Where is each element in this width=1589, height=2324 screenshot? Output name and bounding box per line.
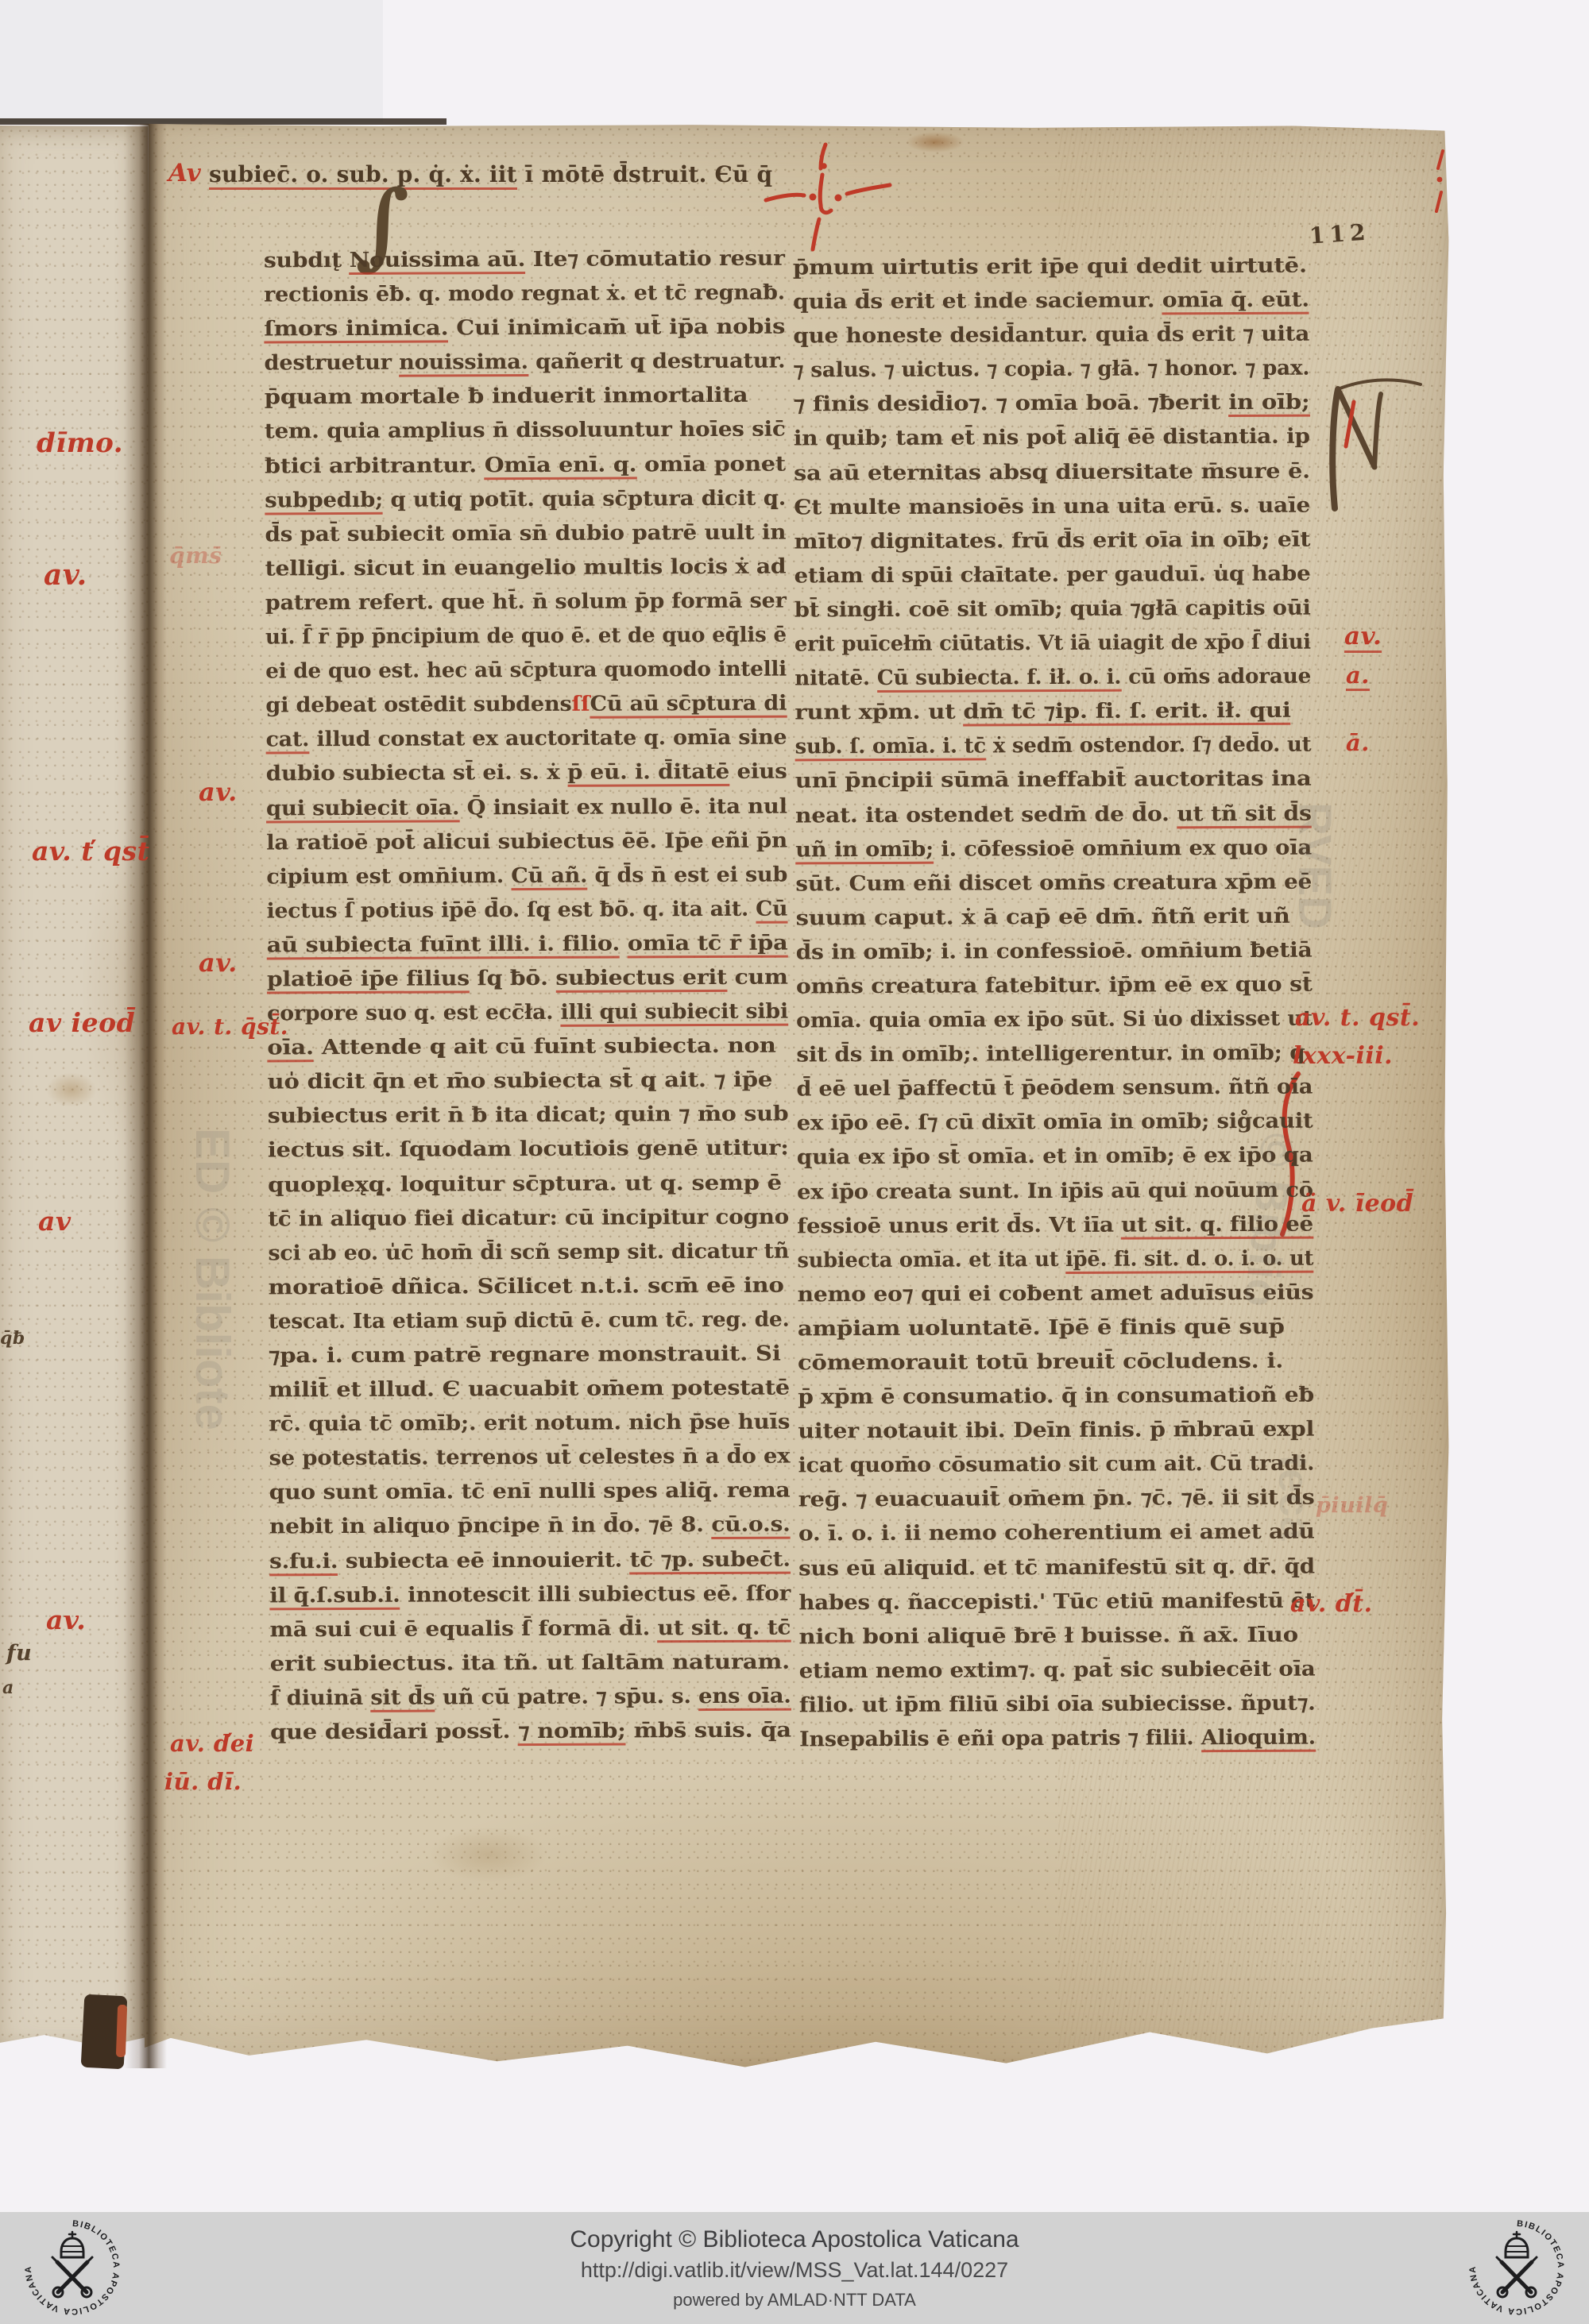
manuscript-line: subiecta omīa. et ita ut ip̄ē. fi. sit. …	[797, 1241, 1321, 1278]
margin-note: a	[2, 1677, 14, 1698]
manuscript-line: nich boni aliquē ƀrē ł buisse. ñ ax̄. Iī…	[798, 1618, 1323, 1654]
manuscript-line: ſmors inimica. Cui inimicam̄ ut̄ ip̄a no…	[264, 311, 788, 347]
manuscript-line: quia ex ip̄o st̄ omīa. et in omīb; ē ex …	[797, 1139, 1321, 1176]
manuscript-line: icat quom̄o cōsumatio sit cum ait. Cū tr…	[798, 1447, 1322, 1484]
margin-note: dı̄mo.	[37, 427, 123, 459]
manuscript-line: qui subiecit oīa. Q̄ insiait ex nullo ē.…	[266, 789, 791, 826]
margin-note: av.	[199, 777, 238, 807]
margin-note: av.	[199, 948, 238, 978]
manuscript-line: oīa. Attende q̨ ait cū fuīnt subiecta. n…	[267, 1029, 791, 1066]
manuscript-line: o. ī. o. i. ii nemo coherentium ei amet …	[798, 1515, 1323, 1552]
margin-note: p̄iuilq̄	[1316, 1493, 1388, 1518]
footer-band: Copyright © Biblioteca Apostolica Vatica…	[0, 2212, 1589, 2324]
text-column-2: p̄mum uirtutis erit ip̄e qui dedit uirtu…	[793, 249, 1324, 1758]
manuscript-line: la ratioē pot̄ alicui subiectus ēē. Ip̄e…	[266, 824, 791, 860]
manuscript-line: ex ip̄o creata sunt. In ip̄is aū qui noū…	[797, 1173, 1321, 1210]
manuscript-line: ƀtici arbitrantur. Omīa enī. q. omīa pon…	[265, 447, 789, 484]
manuscript-line: uñ in omīb; i. cōfessioē omn̄ium ex quo …	[795, 831, 1320, 867]
manuscript-line: habes q. ñaccepisti.' Tūc etiū manifestū…	[798, 1584, 1323, 1620]
manuscript-line: subdıt̨ Nouissima aū. Ite⁊ cōmutatio res…	[264, 242, 788, 279]
margin-note: iū. dı̄.	[164, 1768, 242, 1795]
manuscript-line: cat. illud constat ex auctoritate q. omī…	[265, 721, 790, 758]
manuscript-line: erit subiectus. ita tñ. ut ſaltām natura…	[270, 1645, 794, 1681]
manuscript-line: reḡ. ⁊ euacuauit̄ om̄em p̄n. ⁊c̄. ⁊ē. ii…	[798, 1481, 1323, 1518]
margin-note: fu	[6, 1641, 32, 1666]
margin-note: av. t̕ qst̄	[32, 836, 149, 867]
manuscript-line: ⁊ finis desid̄io⁊. ⁊ omīa boā. ⁊ƀerit in…	[794, 386, 1318, 423]
manuscript-line: etiam di spūi cłaītate. per gauduī. u̍q̨…	[794, 557, 1319, 593]
margin-note: q̄ms̄	[169, 542, 222, 569]
manuscript-line: etiam nemo extim⁊. q. pat̄ sic subiecēit…	[799, 1652, 1324, 1689]
manuscript-line: s.fu.i. subiecta eē innouierit. tc̄ ⁊p. …	[269, 1542, 794, 1579]
manuscript-line: mīto⁊ dignitates. frū d̄s erit oīa in oī…	[794, 523, 1318, 559]
manuscript-scan-viewer: { "page_number": "112", "header": { "rub…	[0, 0, 1589, 2324]
manuscript-line: ſ̄ diuinā sit d̄s uñ cū patre. ⁊ sp̄u. s…	[270, 1679, 794, 1716]
manuscript-line: rc̄. quia tc̄ omīb;. erit notum. nich p̄…	[269, 1406, 793, 1442]
manuscript-line: corpore suo q. est ecc̄ła. illi qui subi…	[267, 995, 791, 1032]
vatican-library-logo-icon: BIBLIOTECA APOSTOLICA VATICANA	[1465, 2216, 1568, 2319]
manuscript-line: d̄s pat̄ subiecit omīa sn̄ dubio patrē u…	[265, 515, 789, 552]
manuscript-line: iectus ſ̄ potius ip̄ē d̄o. ſq̨ est ƀō. q…	[266, 892, 791, 928]
backdrop-top-left	[0, 0, 383, 122]
manuscript-line: sci ab eo. u̍c̄ hom̄ d̄i scñ semp sit. d…	[268, 1234, 792, 1271]
manuscript-line: d̄ eē uel p̄affectū t̄ p̄eōdem sensum. ñ…	[796, 1071, 1320, 1107]
manuscript-line: erit puīcełm̄ ciūtatis. Vt iā uiagit de …	[794, 626, 1319, 662]
manuscript-line: omn̄s creatura fatebitur. ip̄m eē ex quo…	[796, 968, 1320, 1005]
margin-note: lxxx-iii.	[1293, 1042, 1393, 1070]
margin-note: av. d̕ei	[170, 1730, 254, 1757]
margin-note: q̄ƀ	[0, 1328, 25, 1349]
manuscript-line: uo̍ dicit q̄n et m̄o subiecta st̄ q̨ ait…	[267, 1064, 791, 1100]
manuscript-line: que honeste desid̄antur. quia d̄s erit ⁊…	[793, 318, 1317, 354]
manuscript-line: tc̄ in aliquo fiei dicatur: cū incipitur…	[268, 1200, 792, 1237]
manuscript-line: milit̄ et illud. Є uacuabit om̄em potest…	[269, 1372, 793, 1408]
manuscript-line: neat. ita ostendet sedm̄ de d̄o. ut tñ s…	[795, 797, 1320, 833]
manuscript-line: tescat. Ita etiam sup̄ dictū ē. cum tc̄.…	[269, 1303, 793, 1339]
margin-note: a.	[1346, 662, 1370, 689]
manuscript-line: nitatē. Cū subiecta. f. ił. o. i. cū om̄…	[794, 660, 1319, 697]
manuscript-line: sub. ſ. omīa. i. tc̄ ẋ sedm̄ ostendor. ſ…	[794, 728, 1319, 765]
manuscript-line: p̄mum uirtutis erit ip̄e qui dedit uirtu…	[793, 249, 1317, 286]
manuscript-line: Insepabilis ē eñi opa patris ⁊ filii. Al…	[799, 1721, 1324, 1758]
source-url-line: http://digi.vatlib.it/view/MSS_Vat.lat.1…	[0, 2258, 1589, 2283]
margin-note: av	[38, 1206, 72, 1237]
margin-note: ā.	[1346, 729, 1370, 756]
manuscript-line: nemo eo⁊ qui ei coƀent amet aduīsus eiūs	[798, 1276, 1322, 1312]
manuscript-line: dubio subiecta st̄ ei. s. ẋ p̄ eū. i. d̄…	[266, 755, 791, 792]
page-top-edge-shadow	[0, 118, 447, 125]
manuscript-line: telligi. sicut in euangelio multis locis…	[265, 550, 790, 586]
margin-note: av.	[46, 1604, 86, 1635]
header-rubric-av: Av	[168, 159, 201, 187]
manuscript-line: subiectus erit n̄ ƀ ita dicat; quin ⁊ m̄…	[268, 1098, 792, 1134]
manuscript-line: cipium est omn̄ium. Cū añ. q̄ d̄s n̄ est…	[266, 858, 791, 894]
running-header-title: subiec̄. o. sub. p. q̇. ẋ. iit ī mōtē d̄…	[209, 161, 772, 187]
powered-by-line: powered by AMLAD·NTT DATA	[0, 2290, 1589, 2310]
manuscript-line: subpedıb; q utiq̨ potīt. quia sc̄ptura d…	[265, 481, 789, 518]
folio-page-number: 112	[1309, 218, 1371, 249]
manuscript-line: sūt. Cum eñi discet omn̄s creatura xp̄m …	[795, 865, 1320, 901]
manuscript-line: quo sunt omīa. tc̄ enī nulli spes aliq̄.…	[269, 1474, 794, 1511]
manuscript-line: moratioē dñica. Sc̄ilicet n.t.i. scm̄ eē…	[269, 1268, 793, 1305]
manuscript-line: cōmemorauit totū breuit̄ cōcludens. i.	[798, 1345, 1322, 1381]
margin-note: av.	[44, 558, 87, 592]
manuscript-line: suum caput. ẋ ā cap̄ eē dm̄. ñtñ erit uñ	[795, 899, 1320, 936]
manuscript-line: in quib; tam et̄ nis pot̄ aliq̄ ēē dista…	[794, 420, 1318, 457]
manuscript-line: tem. quia amplius n̄ dissoluuntur hoīes …	[265, 413, 789, 450]
margin-note: av. d̕t̄.	[1290, 1590, 1373, 1618]
manuscript-line: patrem refert. que ht̄. n̄ solum p̄p for…	[265, 585, 790, 621]
manuscript-line: il q̄.ſ.sub.i. innotescit illi subiectus…	[269, 1577, 794, 1613]
vatican-library-logo-icon: BIBLIOTECA APOSTOLICA VATICANA	[21, 2216, 124, 2319]
manuscript-line: sit d̄s in omīb;. intelligerentur. in om…	[796, 1037, 1320, 1073]
margin-note: av. t. q̄st̄.	[172, 1013, 288, 1040]
margin-note: av.	[1344, 622, 1382, 650]
manuscript-line: Єt multe mansioēs in una uita erū. s. ua…	[794, 488, 1318, 525]
margin-note: av. t. qst̄.	[1295, 1004, 1420, 1032]
manuscript-line: ⁊ salus. ⁊ uictus. ⁊ copia. ⁊ głā. ⁊ hon…	[793, 352, 1317, 388]
manuscript-line: omīa. quia omīa ex ip̄o sūt. Si u̍o dixi…	[796, 1002, 1320, 1039]
manuscript-line: gi debeat ostēdit subdensſſCū aū sc̄ptur…	[265, 687, 790, 724]
manuscript-line: fessioē unus erit d̄s. Vt iīa ut sit. q.…	[797, 1207, 1321, 1244]
manuscript-line: p̄ xp̄m ē consumatio. q̄ in consumatioñ …	[798, 1379, 1322, 1415]
gutter-shadow	[124, 124, 167, 2068]
margin-note: ä v. īeod̄	[1301, 1190, 1413, 1218]
manuscript-line: ex ip̄o eē. ſ⁊ cū dixīt omīa in omīb; si…	[797, 1105, 1321, 1141]
manuscript-line: amp̄iam uoluntatē. Ip̄ē ē finis quē sup̄	[798, 1310, 1322, 1346]
manuscript-line: bt̄ singłi. coē sit omīb; quia ⁊głā capi…	[794, 592, 1319, 628]
manuscript-line: ei de quo est. hec aū sc̄ptura quomodo i…	[265, 653, 790, 689]
manuscript-line: destruetur nouissima. qañerit q̨ destrua…	[264, 345, 788, 381]
margin-note: av ieod̄	[29, 1007, 135, 1038]
manuscript-line: nebit in aliquo p̄ncipe n̄ in d̄o. ⁊ē 8.…	[269, 1508, 794, 1545]
manuscript-line: rectionis ēƀ. q. modo regnat ẋ. et tc̄ r…	[264, 276, 788, 313]
manuscript-line: quoplex̨q̨. loquitur sc̄ptura. ut q̨. se…	[268, 1166, 792, 1203]
manuscript-line: uiter notauit ibi. Deīn finis. p̄ m̄braū…	[798, 1413, 1322, 1450]
manuscript-line: sus eū aliquid. et tc̄ manifestū sit q. …	[798, 1550, 1323, 1586]
manuscript-line: se potestatis. terrenos ut̄ celestes n̄ …	[269, 1440, 793, 1477]
manuscript-line: sa aū eternitas absq̨ diuersitate m̄sure…	[794, 454, 1318, 491]
manuscript-line: platioē ip̄e filius ſq̨ ƀō. subiectus er…	[267, 961, 791, 998]
manuscript-line: d̄s in omīb; i. in confessioē. omn̄ium ƀ…	[796, 933, 1320, 970]
manuscript-line: ⁊pa. i. cum patrē regnare monstrauit. Si	[269, 1338, 793, 1374]
manuscript-line: unī p̄ncipii sūmā ineffabit̄ auctoritas …	[795, 762, 1320, 799]
manuscript-line: aū subiecta fuīnt illi. i. filio. omīa t…	[267, 926, 791, 963]
manuscript-line: que desid̄ari posst̄. ⁊ nomīb; m̄bs̄ sui…	[270, 1714, 794, 1751]
manuscript-line: filio. ut ip̄m filiū sibi oīa subiecisse…	[799, 1686, 1324, 1723]
manuscript-line: p̄quam mortale ƀ induerit inmortalita	[265, 379, 789, 415]
manuscript-line: ui. ſ̄ r̄ p̄p p̄ncipium de quo ē. et de …	[265, 619, 790, 655]
copyright-line: Copyright © Biblioteca Apostolica Vatica…	[0, 2226, 1589, 2253]
manuscript-line: quia d̄s erit et inde saciemur. omīa q̄.…	[793, 284, 1317, 320]
manuscript-line: mā sui cui ē equalis ſ̄ formā d̄i. ut si…	[269, 1611, 794, 1647]
text-column-1: subdıt̨ Nouissima aū. Ite⁊ cōmutatio res…	[264, 242, 794, 1751]
manuscript-line: runt xp̄m. ut dm̄ tc̄ ⁊ip. fi. ſ. erit. …	[794, 694, 1319, 731]
manuscript-line: iectus sit. ſquodam locutiois genē utitu…	[268, 1132, 792, 1168]
